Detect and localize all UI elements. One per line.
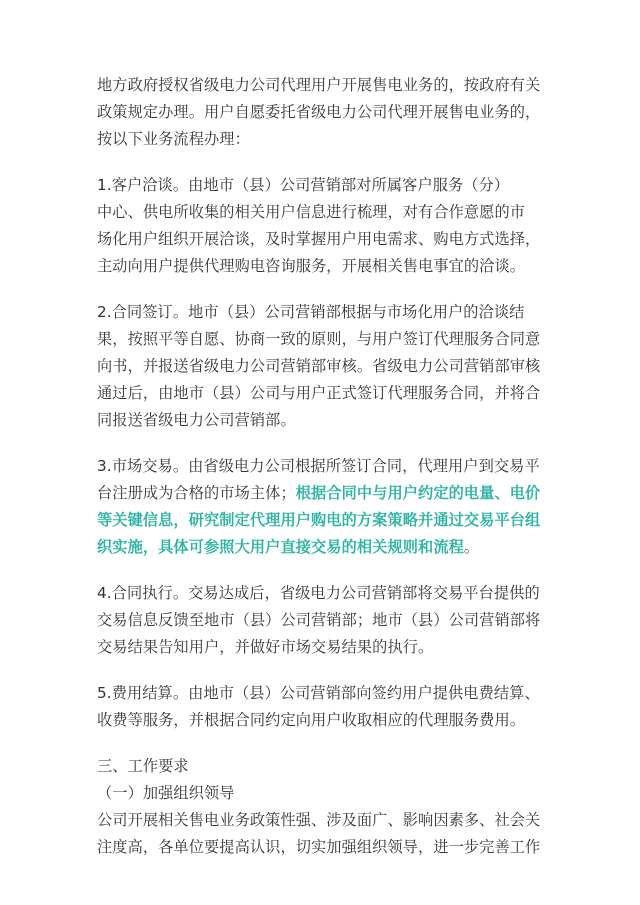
- text-line: 向书，并报送省级电力公司营销部审核。省级电力公司营销部审核: [97, 353, 547, 380]
- step-1-paragraph: 1.客户洽谈。由地市（县）公司营销部对所属客户服务（分） 中心、供电所收集的相关…: [97, 172, 547, 280]
- subsection-heading: （一）加强组织领导: [97, 780, 547, 807]
- text-line: 按以下业务流程办理：: [97, 126, 547, 153]
- text-line: 同报送省级电力公司营销部。: [97, 407, 547, 434]
- step-2-paragraph: 2.合同签订。地市（县）公司营销部根据与市场化用户的洽谈结 果，按照平等自愿、协…: [97, 299, 547, 434]
- text-line: 2.合同签订。地市（县）公司营销部根据与市场化用户的洽谈结: [97, 299, 547, 326]
- text-line: 中心、供电所收集的相关用户信息进行梳理，对有合作意愿的市: [97, 199, 547, 226]
- text-line: 公司开展相关售电业务政策性强、涉及面广、影响因素多、社会关: [97, 807, 547, 834]
- text-line: 政策规定办理。用户自愿委托省级电力公司代理开展售电业务的，: [97, 99, 547, 126]
- text-line: 交易信息反馈至地市（县）公司营销部；地市（县）公司营销部将: [97, 607, 547, 634]
- text-line: 交易结果告知用户，并做好市场交易结果的执行。: [97, 634, 547, 661]
- text-line: 1.客户洽谈。由地市（县）公司营销部对所属客户服务（分）: [97, 172, 547, 199]
- text-line: 3.市场交易。由省级电力公司根据所签订合同，代理用户到交易平: [97, 453, 547, 480]
- highlighted-text: 根据合同中与用户约定的电量、电价: [296, 484, 541, 502]
- highlighted-text: 织实施，具体可参照大用户直接交易的相关规则和流程: [97, 538, 464, 556]
- text-line: 台注册成为合格的市场主体；根据合同中与用户约定的电量、电价: [97, 480, 547, 507]
- plain-text: 台注册成为合格的市场主体；: [97, 484, 296, 502]
- text-line: 主动向用户提供代理购电咨询服务，开展相关售电事宜的洽谈。: [97, 253, 547, 280]
- text-line: 地方政府授权省级电力公司代理用户开展售电业务的，按政府有关: [97, 72, 547, 99]
- text-line: 通过后，由地市（县）公司与用户正式签订代理服务合同，并将合: [97, 380, 547, 407]
- highlighted-text: 等关键信息，研究制定代理用户购电的方案策略并通过交易平台组: [97, 507, 547, 534]
- text-line: 4.合同执行。交易达成后，省级电力公司营销部将交易平台提供的: [97, 580, 547, 607]
- section-heading: 三、工作要求: [97, 753, 547, 780]
- text-line: 果，按照平等自愿、协商一致的原则，与用户签订代理服务合同意: [97, 326, 547, 353]
- text-line: 场化用户组织开展洽谈，及时掌握用户用电需求、购电方式选择，: [97, 226, 547, 253]
- intro-paragraph: 地方政府授权省级电力公司代理用户开展售电业务的，按政府有关 政策规定办理。用户自…: [97, 72, 547, 153]
- section-body-paragraph: 公司开展相关售电业务政策性强、涉及面广、影响因素多、社会关 注度高，各单位要提高…: [97, 807, 547, 861]
- text-line: 5.费用结算。由地市（县）公司营销部向签约用户提供电费结算、: [97, 680, 547, 707]
- step-4-paragraph: 4.合同执行。交易达成后，省级电力公司营销部将交易平台提供的 交易信息反馈至地市…: [97, 580, 547, 661]
- step-5-paragraph: 5.费用结算。由地市（县）公司营销部向签约用户提供电费结算、 收费等服务，并根据…: [97, 680, 547, 734]
- plain-text: 。: [464, 538, 479, 556]
- text-line: 收费等服务，并根据合同约定向用户收取相应的代理服务费用。: [97, 707, 547, 734]
- text-line: 织实施，具体可参照大用户直接交易的相关规则和流程。: [97, 534, 547, 561]
- text-line: 注度高，各单位要提高认识，切实加强组织领导，进一步完善工作: [97, 834, 547, 861]
- step-3-paragraph: 3.市场交易。由省级电力公司根据所签订合同，代理用户到交易平 台注册成为合格的市…: [97, 453, 547, 561]
- document-page: 地方政府授权省级电力公司代理用户开展售电业务的，按政府有关 政策规定办理。用户自…: [97, 72, 547, 861]
